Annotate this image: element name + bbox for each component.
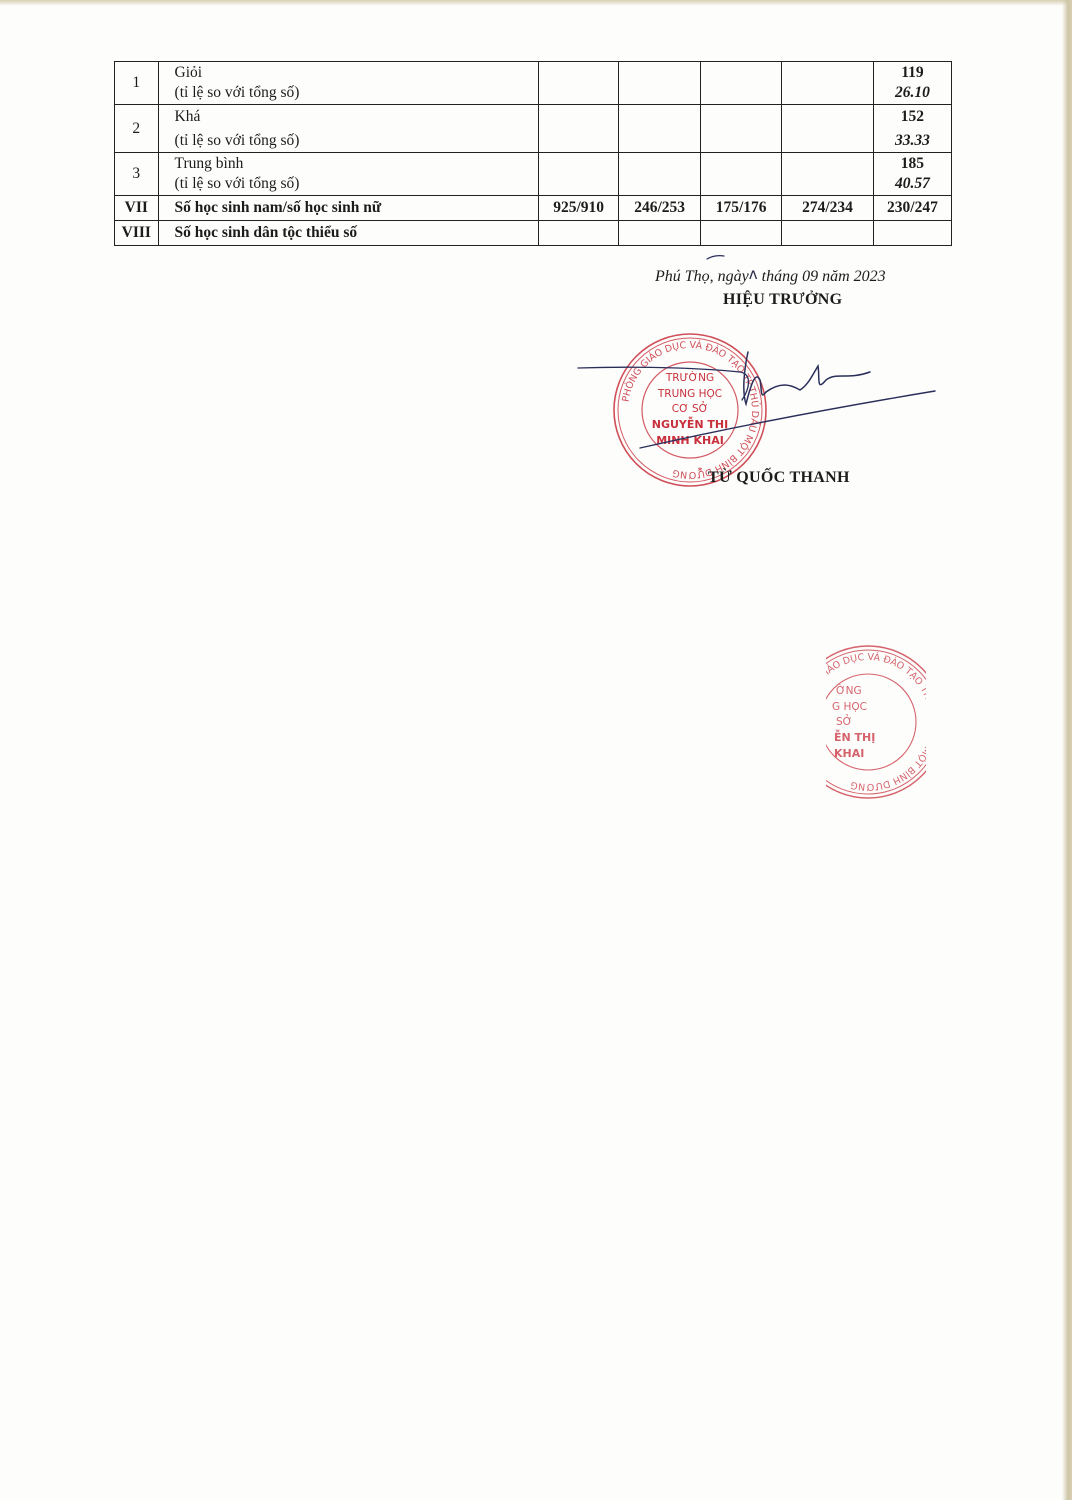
- total-cell: 185 40.57: [873, 153, 951, 196]
- cell-empty: [782, 105, 874, 153]
- gender-cell: 246/253: [619, 196, 701, 221]
- row-number: VIII: [115, 221, 159, 246]
- row-label: Khá (tỉ lệ so với tổng số): [158, 105, 539, 153]
- official-stamp: PHÒNG GIÁO DỤC VÀ ĐÀO TẠO TP.THỦ DẦU MỘT…: [614, 334, 766, 486]
- row-label-main: Trung bình: [175, 154, 539, 174]
- partial-stamp-offset: PHÒNG GIÁO DỤC VÀ ĐÀO TẠO TP.THỦ DẦU MỘT…: [792, 646, 944, 798]
- svg-text:PHÒNG GIÁO DỤC VÀ ĐÀO TẠO TP.T: PHÒNG GIÁO DỤC VÀ ĐÀO TẠO TP.THỦ DẦU MỘT…: [799, 651, 940, 792]
- gender-cell: 274/234: [782, 196, 874, 221]
- total-percent: 40.57: [874, 174, 951, 194]
- row-label: Trung bình (tỉ lệ so với tổng số): [158, 153, 539, 196]
- svg-text:MINH KHAI: MINH KHAI: [656, 434, 724, 447]
- svg-text:TRUNG HỌC: TRUNG HỌC: [657, 388, 722, 400]
- cell-empty: [619, 153, 701, 196]
- total-cell: 119 26.10: [873, 62, 951, 105]
- svg-text:G HỌC: G HỌC: [832, 701, 867, 713]
- row-label-main: Giỏi: [175, 63, 539, 83]
- table-row-gioi: 1 Giỏi (tỉ lệ so với tổng số) 119 26.10: [115, 62, 952, 105]
- cell-empty: [539, 62, 619, 105]
- svg-text:ỜNG: ỜNG: [836, 684, 862, 697]
- cell-empty: [701, 153, 782, 196]
- cell-empty: [701, 62, 782, 105]
- place-date-prefix: Phú Thọ, ngày: [655, 268, 749, 285]
- row-number: 2: [115, 105, 159, 153]
- place-and-date: Phú Thọ, ngàyʌ tháng 09 năm 2023: [655, 267, 886, 286]
- ethnic-cell: [539, 221, 619, 246]
- gender-cell: 175/176: [701, 196, 782, 221]
- total-percent: 26.10: [874, 83, 951, 103]
- table-row-kha: 2 Khá (tỉ lệ so với tổng số) 152 33.33: [115, 105, 952, 153]
- page-edge-right: [1062, 0, 1072, 1500]
- ethnic-cell: [782, 221, 874, 246]
- cell-empty: [539, 105, 619, 153]
- total-count: 119: [874, 63, 951, 83]
- cell-empty: [782, 153, 874, 196]
- svg-text:TRƯỜNG: TRƯỜNG: [665, 371, 714, 384]
- table-row-trung-binh: 3 Trung bình (tỉ lệ so với tổng số) 185 …: [115, 153, 952, 196]
- row-number: 1: [115, 62, 159, 105]
- row-label: Giỏi (tỉ lệ so với tổng số): [158, 62, 539, 105]
- cell-empty: [539, 153, 619, 196]
- row-label: Số học sinh dân tộc thiểu số: [158, 221, 539, 246]
- cell-empty: [619, 62, 701, 105]
- row-label-main: Khá: [175, 107, 539, 127]
- stamp-ring-text: PHÒNG GIÁO DỤC VÀ ĐÀO TẠO TP.THỦ DẦU MỘT…: [621, 339, 762, 480]
- total-percent: 33.33: [874, 131, 951, 151]
- ethnic-cell: [873, 221, 951, 246]
- svg-text:NGUYỄN THỊ: NGUYỄN THỊ: [652, 416, 728, 431]
- gender-cell: 925/910: [539, 196, 619, 221]
- svg-text:ỄN THỊ: ỄN THỊ: [834, 729, 875, 744]
- page-edge-top: [0, 0, 1072, 6]
- svg-text:CƠ SỞ: CƠ SỞ: [672, 401, 709, 415]
- table-row-ethnic-minority: VIII Số học sinh dân tộc thiểu số: [115, 221, 952, 246]
- row-label-sub: (tỉ lệ so với tổng số): [175, 131, 539, 151]
- statistics-table: 1 Giỏi (tỉ lệ so với tổng số) 119 26.10 …: [114, 61, 952, 246]
- gender-cell: 230/247: [873, 196, 951, 221]
- table-row-gender: VII Số học sinh nam/số học sinh nữ 925/9…: [115, 196, 952, 221]
- handwritten-day: ʌ: [749, 265, 758, 283]
- total-count: 185: [874, 154, 951, 174]
- signer-name: TỪ QUỐC THANH: [708, 469, 850, 487]
- row-label-sub: (tỉ lệ so với tổng số): [175, 174, 539, 194]
- svg-text:SỞ: SỞ: [836, 714, 852, 728]
- svg-text:*: *: [698, 466, 703, 477]
- cell-empty: [782, 62, 874, 105]
- cell-empty: [619, 105, 701, 153]
- signer-title: HIỆU TRƯỞNG: [723, 291, 842, 309]
- row-label: Số học sinh nam/số học sinh nữ: [158, 196, 539, 221]
- total-count: 152: [874, 107, 951, 127]
- cell-empty: [701, 105, 782, 153]
- row-label-sub: (tỉ lệ so với tổng số): [175, 83, 539, 103]
- svg-text:KHAI: KHAI: [834, 747, 864, 760]
- row-number: VII: [115, 196, 159, 221]
- ethnic-cell: [619, 221, 701, 246]
- total-cell: 152 33.33: [873, 105, 951, 153]
- row-number: 3: [115, 153, 159, 196]
- ethnic-cell: [701, 221, 782, 246]
- place-date-suffix: tháng 09 năm 2023: [758, 268, 886, 285]
